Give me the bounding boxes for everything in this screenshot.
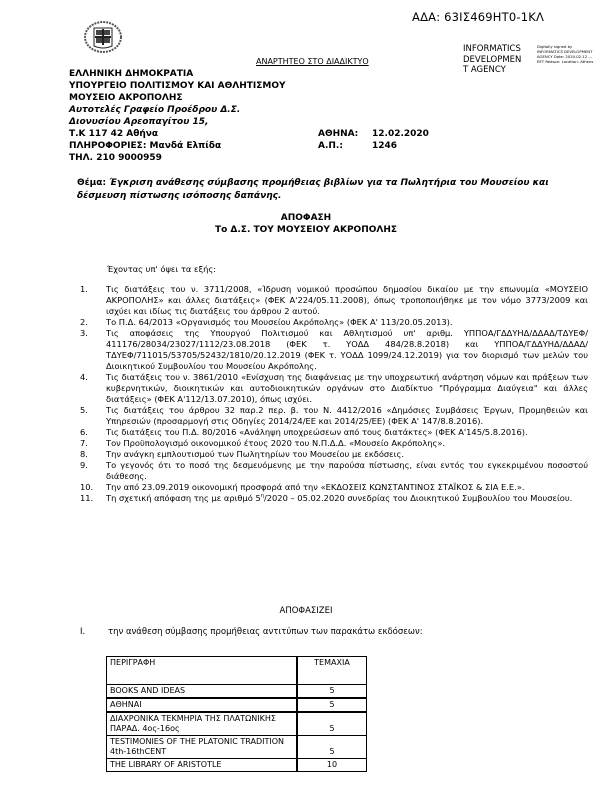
table-row: TESTIMONIES OF THE PLATONIC TRADITION 4t… [107, 736, 367, 759]
consideration-item: 5.Τις διατάξεις του άρθρου 32 παρ.2 περ.… [80, 405, 588, 427]
item-number: 8. [80, 449, 102, 460]
digital-signature-details: Digitally signed by INFORMATICS DEVELOPM… [537, 44, 597, 64]
item-text: Το Π.Δ. 64/2013 «Οργανισμός του Μουσείου… [106, 317, 453, 327]
table-row: THE LIBRARY OF ARISTOTLE 10 [107, 759, 367, 772]
item-text: Την από 23.09.2019 οικονομική προσφορά α… [106, 482, 525, 492]
item-text: Τις διατάξεις του άρθρου 32 παρ.2 περ. β… [106, 405, 588, 426]
cell-quantity: 5 [297, 736, 367, 759]
item-number: 6. [80, 427, 102, 438]
cell-description: THE LIBRARY OF ARISTOTLE [107, 759, 298, 772]
item-text: Τις αποφάσεις της Υπουργού Πολιτισμού κα… [106, 328, 588, 371]
decision-heading: ΑΠΟΦΑΣΗ Το Δ.Σ. ΤΟΥ ΜΟΥΣΕΙΟΥ ΑΚΡΟΠΟΛΗΣ [0, 212, 612, 236]
consideration-item: 4.Τις διατάξεις του ν. 3861/2010 «Ενίσχυ… [80, 372, 588, 405]
table-header-row: ΠΕΡΙΓΡΑΦΗ ΤΕΜΑΧΙΑ [107, 657, 367, 685]
reference-value: 1246 [372, 140, 397, 152]
subject-text: Έγκριση ανάθεσης σύμβασης προμήθειας βιβ… [77, 178, 549, 201]
item-text: Την ανάγκη εμπλουτισμού των Πωλητηρίων τ… [106, 449, 404, 459]
greek-coat-of-arms-icon [81, 20, 125, 54]
resolves-heading: ΑΠΟΦΑΣΙΖΕΙ [0, 606, 612, 616]
item-number: 1. [80, 284, 102, 295]
sender-header: ΕΛΛΗΝΙΚΗ ΔΗΜΟΚΡΑΤΙΑ ΥΠΟΥΡΓΕΙΟ ΠΟΛΙΤΙΣΜΟΥ… [69, 68, 286, 164]
item-text: Τις διατάξεις του ν. 3861/2010 «Ενίσχυση… [106, 372, 588, 404]
item-text: Το γεγονός ότι το ποσό της δεσμευόμενης … [106, 460, 588, 481]
date-reference-block: ΑΘΗΝΑ: 12.02.2020 Α.Π.: 1246 [318, 128, 429, 152]
item-text: Τις διατάξεις του Π.Δ. 80/2016 «Ανάληψη … [106, 427, 528, 437]
item-number: 10. [80, 482, 102, 493]
item-text: Τον Προϋπολογισμό οικονομικού έτους 2020… [106, 438, 445, 448]
item-text: Τις διατάξεις του ν. 3711/2008, «Ίδρυση … [106, 284, 588, 316]
ada-code: ΑΔΑ: 63ΙΣ469ΗΤ0-1ΚΛ [412, 10, 544, 24]
subject-label: Θέμα: [77, 178, 106, 188]
item-number: 4. [80, 372, 102, 383]
cell-quantity: 5 [297, 685, 367, 699]
header-quantity: ΤΕΜΑΧΙΑ [297, 657, 367, 685]
consideration-item: 3.Τις αποφάσεις της Υπουργού Πολιτισμού … [80, 328, 588, 372]
resolution-text: την ανάθεση σύμβασης προμήθειας αντιτύπω… [108, 627, 423, 637]
cell-quantity: 10 [297, 759, 367, 772]
item-number: 11. [80, 493, 102, 504]
header-line: ΜΟΥΣΕΙΟ ΑΚΡΟΠΟΛΗΣ [69, 92, 286, 104]
date-label: ΑΘΗΝΑ: [318, 128, 372, 140]
table-row: ΑΘΗΝΑΙ 5 [107, 698, 367, 712]
cell-description: ΑΘΗΝΑΙ [107, 698, 298, 712]
intro-text: Έχοντας υπ' όψει τα εξής: [107, 264, 216, 274]
item-text-after: /2020 – 05.02.2020 συνεδρίας του Διοικητ… [264, 493, 572, 503]
digital-signature-org: INFORMATICS DEVELOPMEN T AGENCY [463, 44, 533, 76]
signature-org-line: DEVELOPMEN [463, 55, 533, 66]
item-number: 9. [80, 460, 102, 471]
consideration-item: 2.Το Π.Δ. 64/2013 «Οργανισμός του Μουσεί… [80, 317, 588, 328]
header-line: Διονυσίου Αρεοπαγίτου 15, [69, 116, 286, 128]
subject: Θέμα: Έγκριση ανάθεσης σύμβασης προμήθει… [77, 177, 597, 203]
header-line: ΤΗΛ. 210 9000959 [69, 152, 286, 164]
signature-org-line: T AGENCY [463, 65, 533, 76]
header-line: ΠΛΗΡΟΦΟΡΙΕΣ: Μανδά Ελπίδα [69, 140, 286, 152]
resolution-number: I. [80, 627, 108, 637]
header-line: ΕΛΛΗΝΙΚΗ ΔΗΜΟΚΡΑΤΙΑ [69, 68, 286, 80]
books-table: ΠΕΡΙΓΡΑΦΗ ΤΕΜΑΧΙΑ BOOKS AND IDEAS 5 ΑΘΗΝ… [106, 656, 367, 772]
item-number: 5. [80, 405, 102, 416]
reference-label: Α.Π.: [318, 140, 372, 152]
resolution-item: I.την ανάθεση σύμβασης προμήθειας αντιτύ… [80, 627, 423, 637]
consideration-item: 11.Τη σχετική απόφαση της με αριθμό 5η/2… [80, 493, 588, 504]
item-number: 2. [80, 317, 102, 328]
signature-org-line: INFORMATICS [463, 44, 533, 55]
consideration-item: 6.Τις διατάξεις του Π.Δ. 80/2016 «Ανάληψ… [80, 427, 588, 438]
table-row: BOOKS AND IDEAS 5 [107, 685, 367, 699]
item-text-before: Τη σχετική απόφαση της με αριθμό 5 [106, 493, 261, 503]
cell-description: ΔΙΑΧΡΟΝΙΚΑ ΤΕΚΜΗΡΙΑ ΤΗΣ ΠΛΑΤΩΝΙΚΗΣ ΠΑΡΑΔ… [107, 712, 298, 736]
cell-description: BOOKS AND IDEAS [107, 685, 298, 699]
header-line: Τ.Κ 117 42 Αθήνα [69, 128, 286, 140]
date-value: 12.02.2020 [372, 128, 429, 140]
header-line: ΥΠΟΥΡΓΕΙΟ ΠΟΛΙΤΙΣΜΟΥ ΚΑΙ ΑΘΛΗΤΙΣΜΟΥ [69, 80, 286, 92]
consideration-item: 9.Το γεγονός ότι το ποσό της δεσμευόμενη… [80, 460, 588, 482]
considerations-list: 1.Τις διατάξεις του ν. 3711/2008, «Ίδρυσ… [80, 284, 588, 504]
item-number: 3. [80, 328, 102, 339]
consideration-item: 1.Τις διατάξεις του ν. 3711/2008, «Ίδρυσ… [80, 284, 588, 317]
header-line: Αυτοτελές Γραφείο Προέδρου Δ.Σ. [69, 104, 286, 116]
consideration-item: 7.Τον Προϋπολογισμό οικονομικού έτους 20… [80, 438, 588, 449]
item-number: 7. [80, 438, 102, 449]
table-row: ΔΙΑΧΡΟΝΙΚΑ ΤΕΚΜΗΡΙΑ ΤΗΣ ΠΛΑΤΩΝΙΚΗΣ ΠΑΡΑΔ… [107, 712, 367, 736]
header-description: ΠΕΡΙΓΡΑΦΗ [107, 657, 298, 685]
cell-quantity: 5 [297, 698, 367, 712]
consideration-item: 10.Την από 23.09.2019 οικονομική προσφορ… [80, 482, 588, 493]
cell-description: TESTIMONIES OF THE PLATONIC TRADITION 4t… [107, 736, 298, 759]
decision-issuer: Το Δ.Σ. ΤΟΥ ΜΟΥΣΕΙΟΥ ΑΚΡΟΠΟΛΗΣ [0, 224, 612, 236]
consideration-item: 8.Την ανάγκη εμπλουτισμού των Πωλητηρίων… [80, 449, 588, 460]
cell-quantity: 5 [297, 712, 367, 736]
decision-title: ΑΠΟΦΑΣΗ [0, 212, 612, 224]
posted-online-label: ΑΝΑΡΤΗΤΕΟ ΣΤΟ ΔΙΑΔΙΚΤΥΟ [256, 57, 369, 66]
